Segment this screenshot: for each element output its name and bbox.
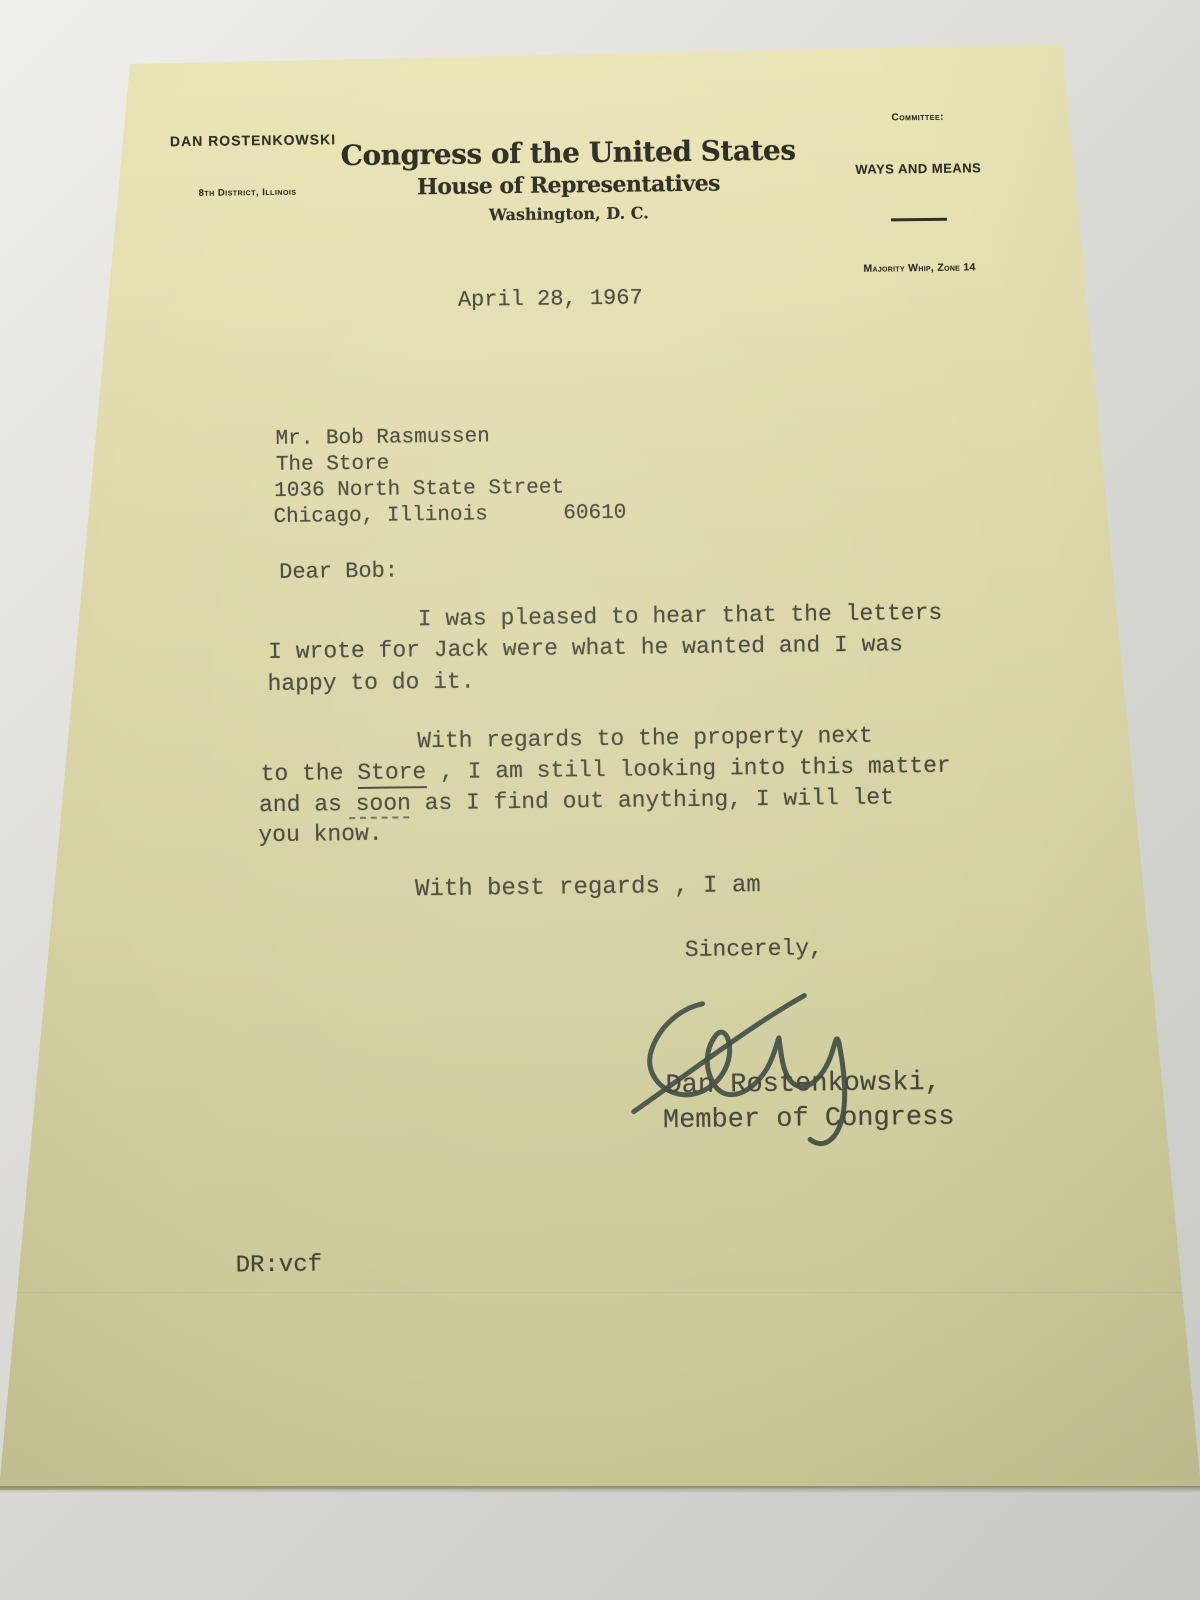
sender-name: DAN ROSTENKOWSKI — [170, 131, 324, 149]
org-city: Washington, D. C. — [0, 197, 1145, 230]
majority-whip-line: Majority Whip, Zone 14 — [849, 261, 989, 275]
letter-paper: DAN ROSTENKOWSKI 8th District, Illinois … — [0, 0, 1200, 1600]
recipient-street: 1036 North State Street — [274, 476, 564, 503]
org-subtitle: House of Representatives — [0, 165, 1145, 205]
committee-name: WAYS AND MEANS — [848, 160, 988, 177]
signer-name: Dan Rostenkowski, — [665, 1068, 941, 1101]
paragraph2-line3: and as soon as I find out anything, I wi… — [259, 784, 894, 818]
recipient-city: Chicago, Illinois 60610 — [273, 502, 626, 529]
paper-edge-shadow — [0, 1486, 1200, 1493]
handwritten-signature — [562, 945, 1005, 1170]
regards-line: With best regards , I am — [415, 872, 761, 903]
sender-block: DAN ROSTENKOWSKI 8th District, Illinois — [169, 95, 325, 235]
underlined-word-store: Store — [357, 759, 426, 789]
committee-label: Committee: — [848, 111, 988, 124]
salutation: Dear Bob: — [279, 558, 398, 584]
letter-content: DAN ROSTENKOWSKI 8th District, Illinois … — [0, 0, 1200, 1600]
committee-block: Committee: WAYS AND MEANS Majority Whip,… — [847, 75, 990, 311]
signature-scrawl-stroke — [649, 1002, 845, 1146]
signature-sweep-stroke — [632, 996, 805, 1112]
paragraph1-line1: I was pleased to hear that the letters — [418, 600, 943, 632]
typist-reference: DR:vcf — [236, 1251, 323, 1279]
paragraph2-line4: you know. — [258, 821, 383, 849]
valediction: Sincerely, — [685, 935, 823, 963]
photo-background: DAN ROSTENKOWSKI 8th District, Illinois … — [0, 0, 1200, 1600]
paper-crease — [0, 1292, 1200, 1295]
signer-title: Member of Congress — [663, 1103, 955, 1137]
recipient-company: The Store — [276, 453, 390, 477]
letter-date: April 28, 1967 — [458, 285, 643, 312]
paragraph1-line2: I wrote for Jack were what he wanted and… — [268, 631, 903, 665]
sender-district: 8th District, Illinois — [170, 186, 324, 199]
divider-rule — [891, 218, 947, 222]
paragraph2-line1: With regards to the property next — [417, 723, 873, 755]
org-title: Congress of the United States — [0, 129, 1144, 176]
paragraph2-line2-post: , I am still looking into this matter — [426, 753, 951, 785]
paragraph2-line2: to the Store , I am still looking into t… — [260, 753, 950, 787]
paragraph1-line3: happy to do it. — [267, 669, 474, 698]
paragraph2-line2-pre: to the — [260, 760, 357, 787]
recipient-name: Mr. Bob Rasmussen — [275, 425, 490, 451]
underline-mark — [349, 816, 409, 819]
